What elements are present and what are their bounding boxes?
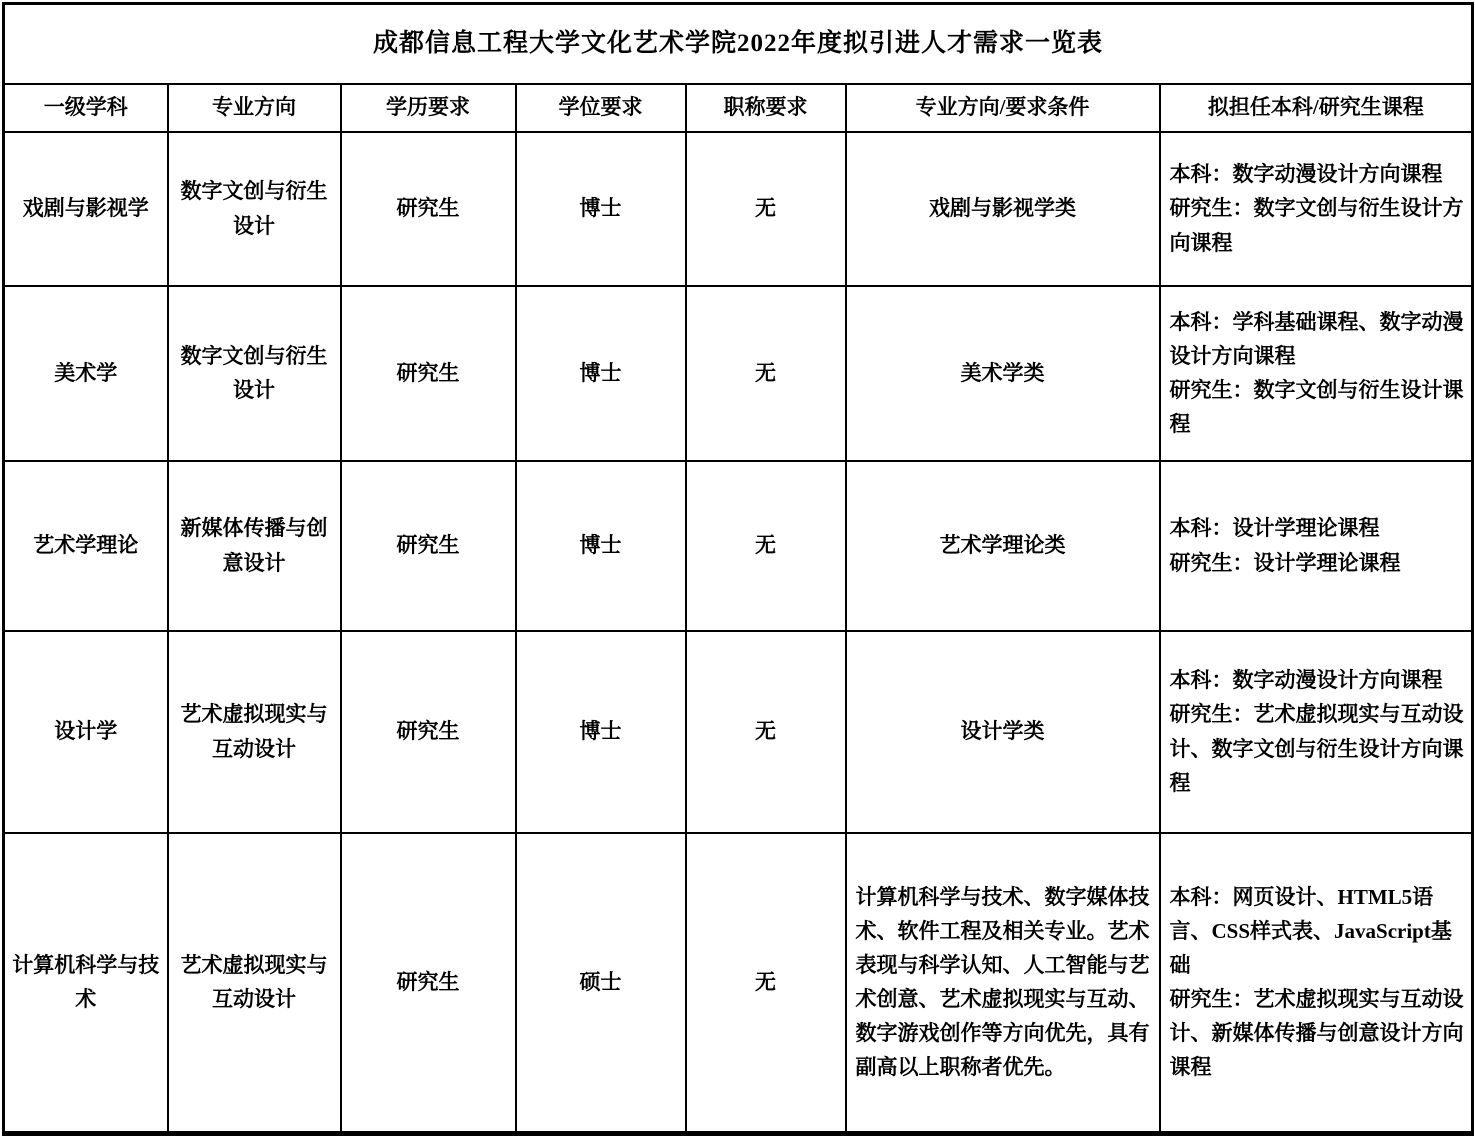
header-title-requirement: 职称要求 [686,84,846,132]
cell-title-requirement: 无 [686,631,846,833]
cell-courses: 本科：数字动漫设计方向课程 研究生：艺术虚拟现实与互动设计、数字文创与衍生设计方… [1160,631,1473,833]
cell-requirements: 设计学类 [846,631,1160,833]
cell-courses: 本科：网页设计、HTML5语言、CSS样式表、JavaScript基础 研究生：… [1160,833,1473,1134]
table-row: 美术学 数字文创与衍生设计 研究生 博士 无 美术学类 本科：学科基础课程、数字… [4,286,1473,461]
cell-education: 研究生 [341,631,516,833]
cell-requirements: 艺术学理论类 [846,461,1160,631]
cell-major-direction: 新媒体传播与创意设计 [168,461,341,631]
page-title: 成都信息工程大学文化艺术学院2022年度拟引进人才需求一览表 [4,4,1473,84]
cell-degree: 博士 [516,631,686,833]
header-requirements: 专业方向/要求条件 [846,84,1160,132]
cell-courses: 本科：设计学理论课程 研究生：设计学理论课程 [1160,461,1473,631]
cell-degree: 博士 [516,132,686,286]
cell-discipline: 艺术学理论 [4,461,168,631]
table-row: 设计学 艺术虚拟现实与互动设计 研究生 博士 无 设计学类 本科：数字动漫设计方… [4,631,1473,833]
table-row: 计算机科学与技术 艺术虚拟现实与互动设计 研究生 硕士 无 计算机科学与技术、数… [4,833,1473,1134]
cell-degree: 博士 [516,286,686,461]
cell-major-direction: 艺术虚拟现实与互动设计 [168,833,341,1134]
cell-title-requirement: 无 [686,286,846,461]
cell-title-requirement: 无 [686,461,846,631]
cell-courses: 本科：数字动漫设计方向课程 研究生：数字文创与衍生设计方向课程 [1160,132,1473,286]
cell-degree: 博士 [516,461,686,631]
cell-major-direction: 艺术虚拟现实与互动设计 [168,631,341,833]
cell-discipline: 美术学 [4,286,168,461]
cell-requirements: 戏剧与影视学类 [846,132,1160,286]
cell-requirements: 计算机科学与技术、数字媒体技术、软件工程及相关专业。艺术表现与科学认知、人工智能… [846,833,1160,1134]
cell-courses: 本科：学科基础课程、数字动漫设计方向课程 研究生：数字文创与衍生设计课程 [1160,286,1473,461]
cell-discipline: 戏剧与影视学 [4,132,168,286]
header-major-direction: 专业方向 [168,84,341,132]
header-courses: 拟担任本科/研究生课程 [1160,84,1473,132]
header-education: 学历要求 [341,84,516,132]
table-row: 艺术学理论 新媒体传播与创意设计 研究生 博士 无 艺术学理论类 本科：设计学理… [4,461,1473,631]
header-discipline: 一级学科 [4,84,168,132]
cell-education: 研究生 [341,286,516,461]
cell-discipline: 计算机科学与技术 [4,833,168,1134]
cell-discipline: 设计学 [4,631,168,833]
table-row: 戏剧与影视学 数字文创与衍生设计 研究生 博士 无 戏剧与影视学类 本科：数字动… [4,132,1473,286]
cell-title-requirement: 无 [686,833,846,1134]
cell-major-direction: 数字文创与衍生设计 [168,286,341,461]
cell-title-requirement: 无 [686,132,846,286]
cell-requirements: 美术学类 [846,286,1160,461]
header-degree: 学位要求 [516,84,686,132]
cell-education: 研究生 [341,833,516,1134]
cell-education: 研究生 [341,132,516,286]
recruitment-table: 成都信息工程大学文化艺术学院2022年度拟引进人才需求一览表 一级学科 专业方向… [2,2,1474,1136]
cell-major-direction: 数字文创与衍生设计 [168,132,341,286]
table-header-row: 一级学科 专业方向 学历要求 学位要求 职称要求 专业方向/要求条件 拟担任本科… [4,84,1473,132]
title-row: 成都信息工程大学文化艺术学院2022年度拟引进人才需求一览表 [4,4,1473,84]
cell-education: 研究生 [341,461,516,631]
cell-degree: 硕士 [516,833,686,1134]
